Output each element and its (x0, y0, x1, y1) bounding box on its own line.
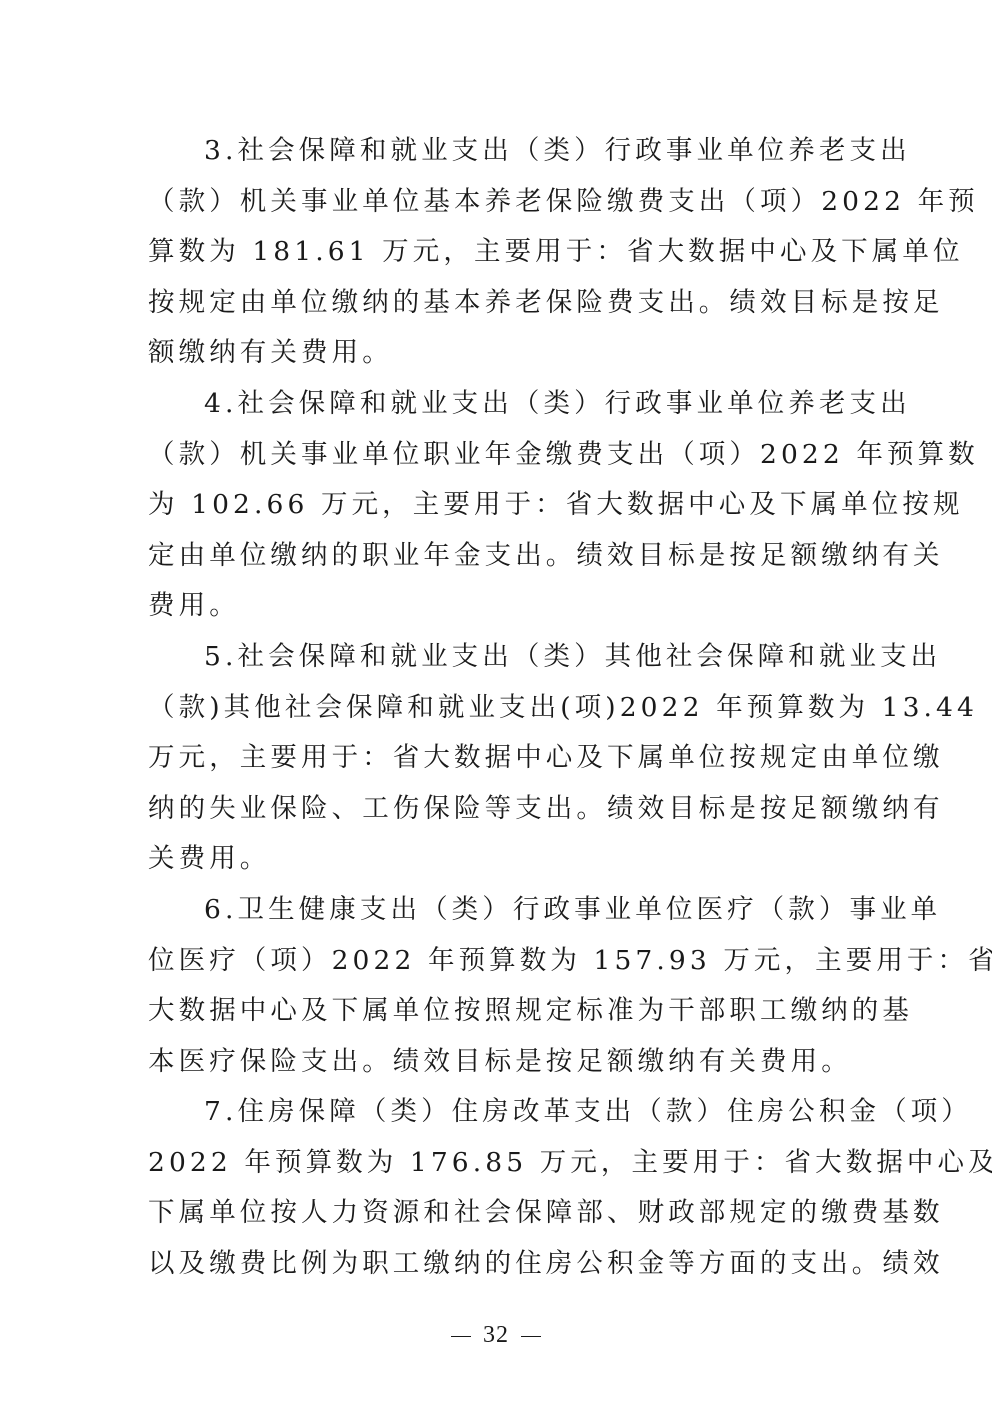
document-body: 3.社会保障和就业支出（类）行政事业单位养老支出 （款）机关事业单位基本养老保险… (148, 126, 842, 1290)
text-line: 费用。 (148, 581, 842, 632)
text-line: 额缴纳有关费用。 (148, 328, 842, 379)
paragraph-3: 3.社会保障和就业支出（类）行政事业单位养老支出 （款）机关事业单位基本养老保险… (148, 126, 842, 379)
text-line: 为 102.66 万元，主要用于：省大数据中心及下属单位按规 (148, 480, 842, 531)
text-line: （款）机关事业单位职业年金缴费支出（项）2022 年预算数 (148, 430, 842, 481)
text-line: 算数为 181.61 万元，主要用于：省大数据中心及下属单位 (148, 227, 842, 278)
text-line: 6.卫生健康支出（类）行政事业单位医疗（款）事业单 (148, 885, 842, 936)
paragraph-6: 6.卫生健康支出（类）行政事业单位医疗（款）事业单 位医疗（项）2022 年预算… (148, 885, 842, 1087)
paragraph-4: 4.社会保障和就业支出（类）行政事业单位养老支出 （款）机关事业单位职业年金缴费… (148, 379, 842, 632)
text-line: 4.社会保障和就业支出（类）行政事业单位养老支出 (148, 379, 842, 430)
text-line: 纳的失业保险、工伤保险等支出。绩效目标是按足额缴纳有 (148, 784, 842, 835)
text-line: 3.社会保障和就业支出（类）行政事业单位养老支出 (148, 126, 842, 177)
text-line: （款)其他社会保障和就业支出(项)2022 年预算数为 13.44 (148, 683, 842, 734)
text-line: 7.住房保障（类）住房改革支出（款）住房公积金（项） (148, 1087, 842, 1138)
paragraph-5: 5.社会保障和就业支出（类）其他社会保障和就业支出 （款)其他社会保障和就业支出… (148, 632, 842, 885)
left-dash (451, 1336, 471, 1337)
text-line: 大数据中心及下属单位按照规定标准为干部职工缴纳的基 (148, 986, 842, 1037)
text-line: 2022 年预算数为 176.85 万元，主要用于：省大数据中心及 (148, 1138, 842, 1189)
right-dash (521, 1336, 541, 1337)
text-line: 万元，主要用于：省大数据中心及下属单位按规定由单位缴 (148, 733, 842, 784)
text-line: 本医疗保险支出。绩效目标是按足额缴纳有关费用。 (148, 1037, 842, 1088)
text-line: 位医疗（项）2022 年预算数为 157.93 万元，主要用于：省 (148, 936, 842, 987)
text-line: 定由单位缴纳的职业年金支出。绩效目标是按足额缴纳有关 (148, 531, 842, 582)
text-line: 以及缴费比例为职工缴纳的住房公积金等方面的支出。绩效 (148, 1239, 842, 1290)
page-number: 32 (483, 1322, 509, 1348)
text-line: 下属单位按人力资源和社会保障部、财政部规定的缴费基数 (148, 1188, 842, 1239)
text-line: 关费用。 (148, 834, 842, 885)
text-line: 按规定由单位缴纳的基本养老保险费支出。绩效目标是按足 (148, 278, 842, 329)
text-line: 5.社会保障和就业支出（类）其他社会保障和就业支出 (148, 632, 842, 683)
page-footer: 32 (0, 1322, 992, 1349)
text-line: （款）机关事业单位基本养老保险缴费支出（项）2022 年预 (148, 177, 842, 228)
paragraph-7: 7.住房保障（类）住房改革支出（款）住房公积金（项） 2022 年预算数为 17… (148, 1087, 842, 1289)
